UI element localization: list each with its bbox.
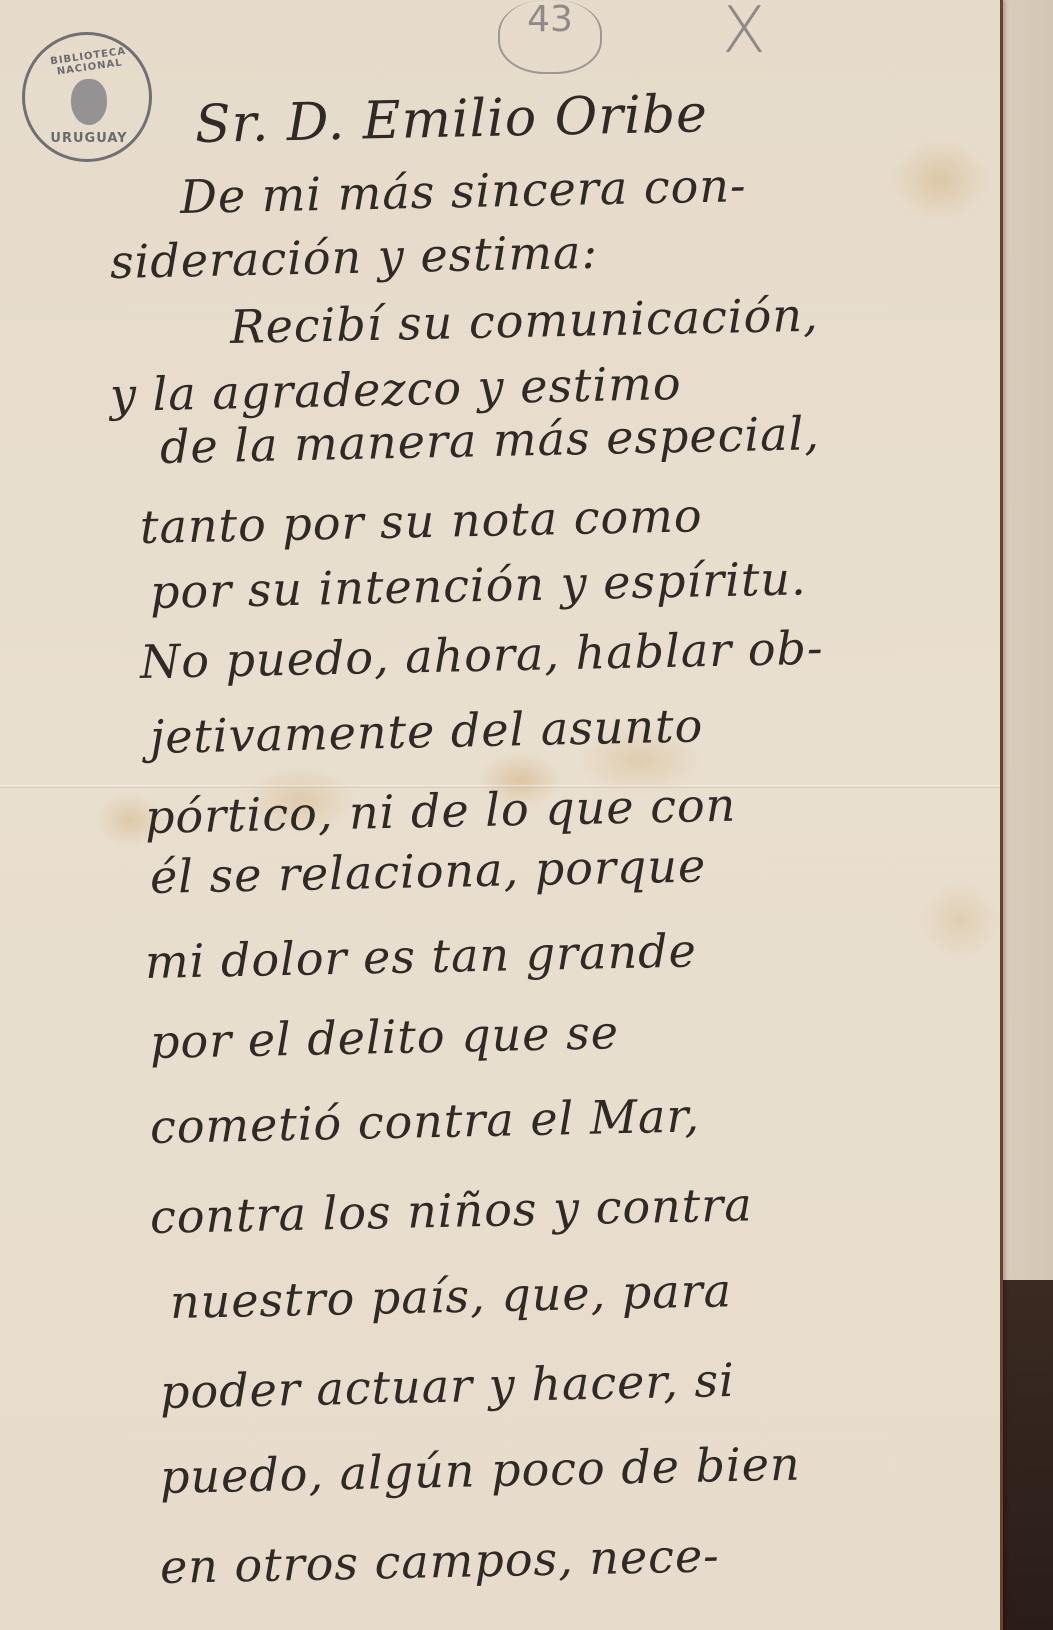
letter-page: BIBLIOTECA NACIONAL URUGUAY 43 X Sr. D. … (0, 0, 1003, 1630)
stamp-bottom-text: URUGUAY (35, 131, 143, 146)
letter-line: en otros campos, nece- (159, 1528, 720, 1594)
letter-line: jetivamente del asunto (149, 698, 703, 764)
background-dark-corner (1003, 1280, 1053, 1630)
letter-line: sideración y estima: (109, 225, 598, 289)
letter-line: puedo, algún poco de bien (159, 1437, 801, 1504)
coat-of-arms-icon (71, 79, 107, 125)
letter-line: él se relaciona, porque (149, 838, 706, 904)
letter-line: tanto por su nota como (139, 488, 703, 554)
letter-line: cometió contra el Mar, (149, 1088, 700, 1154)
archive-number-mark: 43 (498, 0, 602, 74)
letter-line: por el delito que se (149, 1005, 619, 1069)
letter-line: De mi más sincera con- (179, 158, 747, 224)
letter-line: mi dolor es tan grande (144, 923, 697, 989)
salutation-line: Sr. D. Emilio Oribe (194, 84, 708, 155)
library-stamp: BIBLIOTECA NACIONAL URUGUAY (22, 32, 152, 162)
letter-line: nuestro país, que, para (169, 1263, 732, 1329)
letter-line: por su intención y espíritu. (149, 551, 807, 619)
letter-line: poder actuar y hacer, si (159, 1353, 735, 1419)
stamp-top-text: BIBLIOTECA NACIONAL (32, 43, 146, 80)
letter-line: contra los niños y contra (149, 1177, 753, 1244)
pencil-x-mark: X (722, 0, 766, 68)
letter-line: No puedo, ahora, hablar ob- (139, 621, 824, 689)
letter-line: Recibí su comunicación, (229, 288, 819, 354)
letter-line: pórtico, ni de lo que con (144, 778, 736, 844)
